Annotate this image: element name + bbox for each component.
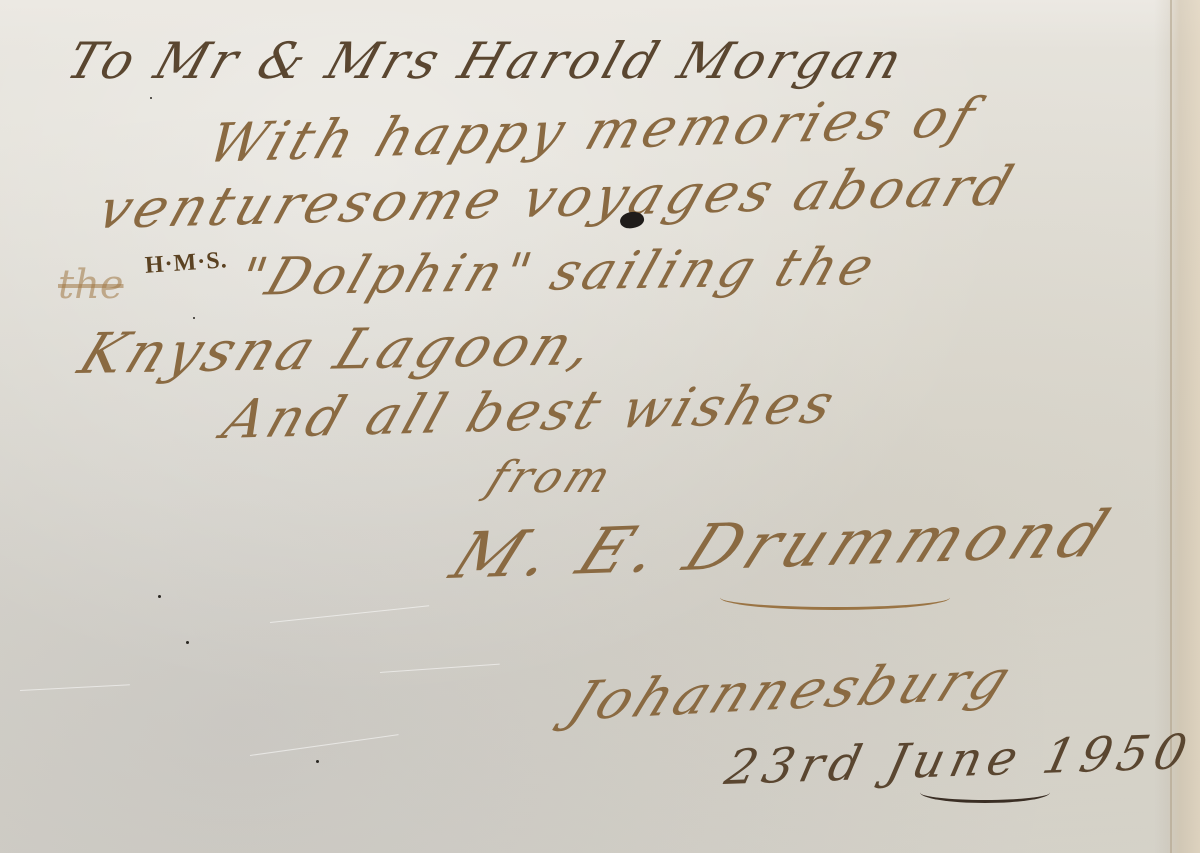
signature: M. E. Drummond <box>440 498 1125 594</box>
date-flourish <box>920 782 1050 803</box>
paper-crease <box>250 734 399 756</box>
paper-speck <box>150 97 152 99</box>
body-line-5: And all best wishes <box>215 372 846 451</box>
paper-crease <box>270 605 429 623</box>
signature-flourish <box>720 585 950 610</box>
body-line-3: "Dolphin" sailing the <box>230 237 886 308</box>
body-line-from: from <box>480 452 622 503</box>
paper-crease <box>380 664 500 673</box>
salutation-line: To Mr & Mrs Harold Morgan <box>60 32 913 90</box>
handwritten-note-page: To Mr & Mrs Harold Morgan With happy mem… <box>0 0 1200 853</box>
paper-speck <box>193 317 195 319</box>
paper-speck <box>186 641 189 644</box>
place-line: Johannesburg <box>560 648 1024 733</box>
paper-crease <box>20 684 130 691</box>
body-line-4: Knysna Lagoon, <box>70 313 608 387</box>
paper-speck <box>158 595 161 598</box>
hms-insertion-stamp: H·M·S. <box>144 247 228 280</box>
paper-speck <box>316 760 319 763</box>
crossed-out-word: the <box>58 262 124 308</box>
